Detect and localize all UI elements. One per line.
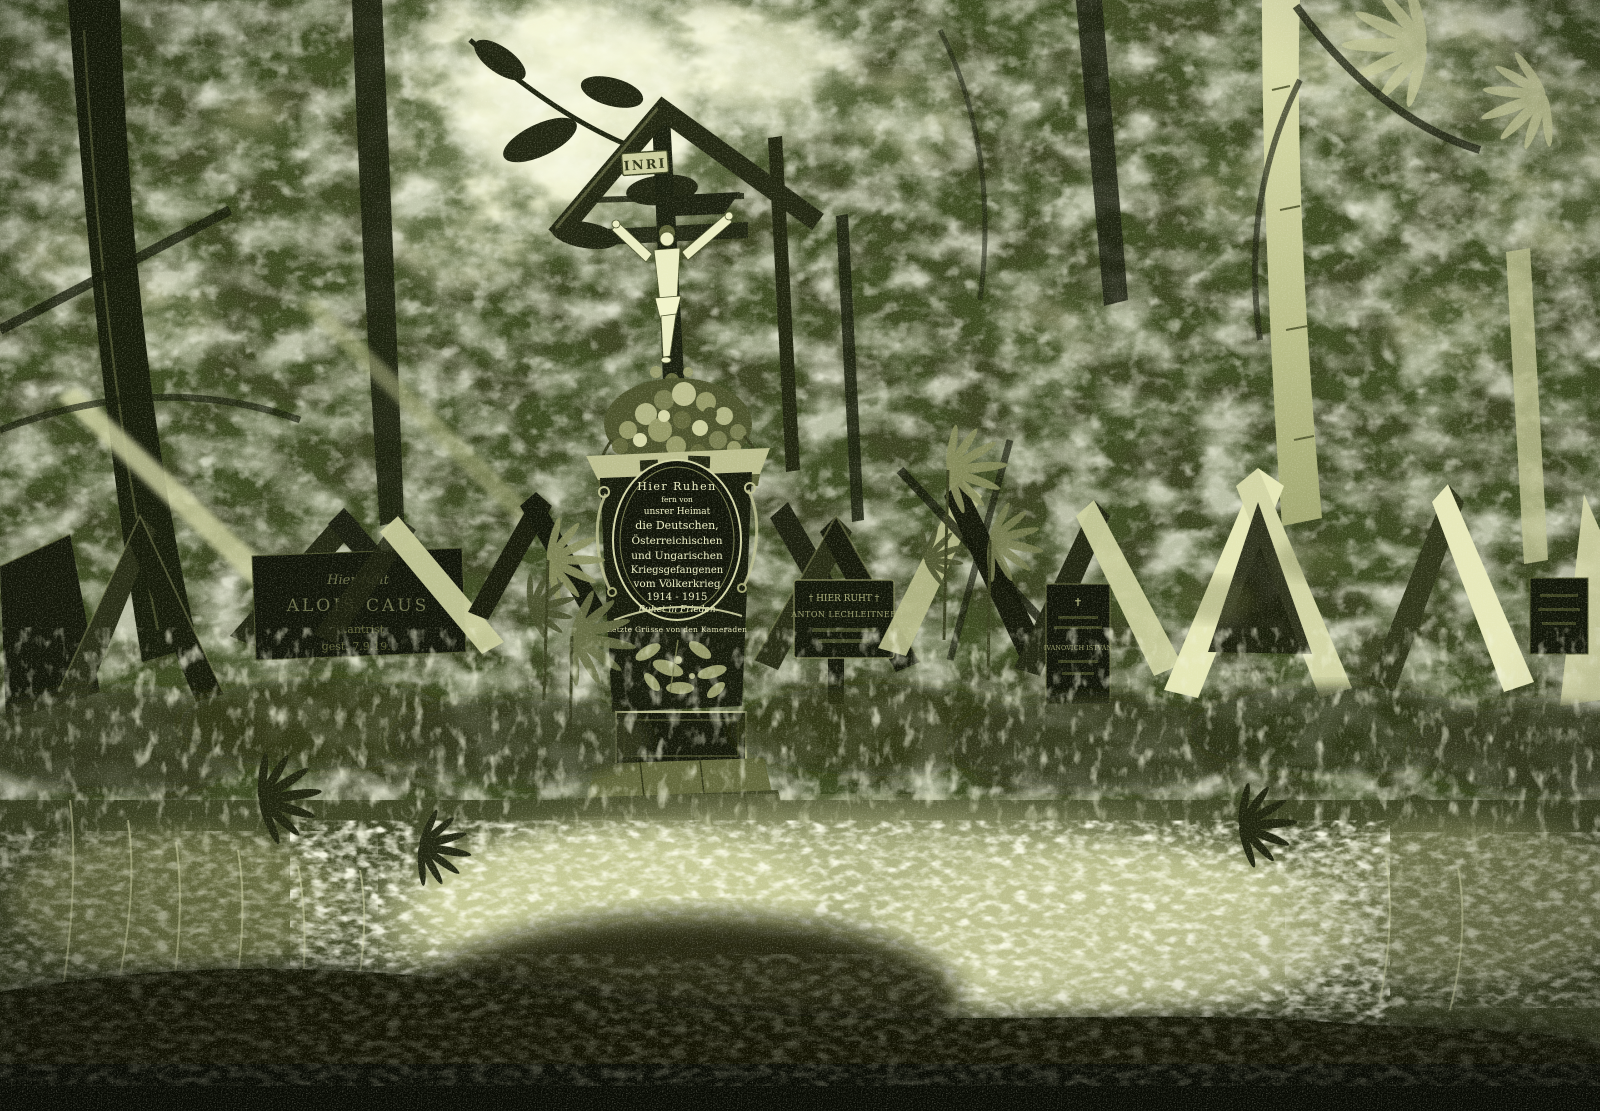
war-cemetery-photograph: Hier ruht ALOIS CAUS Infantrist gest. 7.… [0,0,1600,1111]
film-grain [0,0,1600,1111]
photo-effects [0,0,1600,1111]
